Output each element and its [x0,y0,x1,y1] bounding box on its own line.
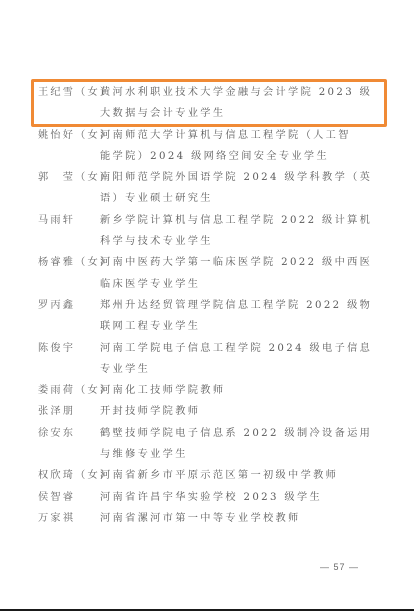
list-item: 马雨轩 新乡学院计算机与信息工程学院 2022 级计算机 科学与技术专业学生 [38,210,378,253]
list-item: 姚怡好（女） 河南师范大学计算机与信息工程学院（人工智 能学院）2024 级网络… [38,125,378,168]
person-description: 郑州升达经贸管理学院信息工程学院 2022 级物 联网工程专业学生 [100,295,378,338]
description-line: 河南化工技师学院教师 [100,380,378,401]
list-item: 侯智睿 河南省许昌宇华实验学校 2023 级学生 [38,487,378,508]
description-line: 鹤壁技师学院电子信息系 2022 级制冷设备运用 [100,423,378,444]
list-item: 万家祺 河南省漯河市第一中等专业学校教师 [38,508,378,529]
person-name: 徐安东 [38,423,100,444]
list-item: 郭 莹（女） 南阳师范学院外国语学院 2024 级学科教学（英 语）专业硕士研究… [38,167,378,210]
person-description: 河南省许昌宇华实验学校 2023 级学生 [100,487,378,508]
description-line: 河南工学院电子信息工程学院 2024 级电子信息 [100,338,378,359]
person-name: 侯智睿 [38,487,100,508]
description-line: 联网工程专业学生 [100,316,378,337]
description-line: 郑州升达经贸管理学院信息工程学院 2022 级物 [100,295,378,316]
list-item: 杨睿雅（女） 河南中医药大学第一临床医学院 2022 级中西医 临床医学专业学生 [38,252,378,295]
person-name: 郭 莹（女） [38,167,100,188]
person-description: 河南省新乡市平原示范区第一初级中学教师 [100,465,378,486]
description-line: 科学与技术专业学生 [100,231,378,252]
description-line: 河南省许昌宇华实验学校 2023 级学生 [100,487,378,508]
person-name: 马雨轩 [38,210,100,231]
person-description: 河南中医药大学第一临床医学院 2022 级中西医 临床医学专业学生 [100,252,378,295]
person-name: 娄雨荷（女） [38,380,100,401]
person-name: 罗丙鑫 [38,295,100,316]
description-line: 黄河水利职业技术大学金融与会计学院 2023 级 [100,82,378,103]
description-line: 语）专业硕士研究生 [100,188,378,209]
page-number: — 57 — [320,562,359,572]
list-item: 王纪雪（女） 黄河水利职业技术大学金融与会计学院 2023 级 大数据与会计专业… [38,82,378,125]
person-description: 开封技师学院教师 [100,401,378,422]
description-line: 新乡学院计算机与信息工程学院 2022 级计算机 [100,210,378,231]
person-description: 河南化工技师学院教师 [100,380,378,401]
list-item: 罗丙鑫 郑州升达经贸管理学院信息工程学院 2022 级物 联网工程专业学生 [38,295,378,338]
person-name: 王纪雪（女） [38,82,100,103]
person-description: 黄河水利职业技术大学金融与会计学院 2023 级 大数据与会计专业学生 [100,82,378,125]
description-line: 大数据与会计专业学生 [100,103,378,124]
person-description: 新乡学院计算机与信息工程学院 2022 级计算机 科学与技术专业学生 [100,210,378,253]
list-item: 权欣琦（女） 河南省新乡市平原示范区第一初级中学教师 [38,465,378,486]
description-line: 河南省新乡市平原示范区第一初级中学教师 [100,465,378,486]
description-line: 临床医学专业学生 [100,274,378,295]
list-item: 陈俊宇 河南工学院电子信息工程学院 2024 级电子信息 专业学生 [38,338,378,381]
person-name: 陈俊宇 [38,338,100,359]
description-line: 河南中医药大学第一临床医学院 2022 级中西医 [100,252,378,273]
person-description: 河南工学院电子信息工程学院 2024 级电子信息 专业学生 [100,338,378,381]
person-description: 河南师范大学计算机与信息工程学院（人工智 能学院）2024 级网络空间安全专业学… [100,125,378,168]
entry-list: 王纪雪（女） 黄河水利职业技术大学金融与会计学院 2023 级 大数据与会计专业… [38,82,378,529]
list-item: 徐安东 鹤壁技师学院电子信息系 2022 级制冷设备运用 与维修专业学生 [38,423,378,466]
list-item: 娄雨荷（女） 河南化工技师学院教师 [38,380,378,401]
description-line: 与维修专业学生 [100,444,378,465]
person-description: 南阳师范学院外国语学院 2024 级学科教学（英 语）专业硕士研究生 [100,167,378,210]
person-description: 鹤壁技师学院电子信息系 2022 级制冷设备运用 与维修专业学生 [100,423,378,466]
description-line: 南阳师范学院外国语学院 2024 级学科教学（英 [100,167,378,188]
person-name: 张泽朋 [38,401,100,422]
description-line: 专业学生 [100,359,378,380]
person-name: 姚怡好（女） [38,125,100,146]
list-item: 张泽朋 开封技师学院教师 [38,401,378,422]
description-line: 河南省漯河市第一中等专业学校教师 [100,508,378,529]
description-line: 河南师范大学计算机与信息工程学院（人工智 [100,125,378,146]
person-name: 万家祺 [38,508,100,529]
person-name: 权欣琦（女） [38,465,100,486]
document-page: 王纪雪（女） 黄河水利职业技术大学金融与会计学院 2023 级 大数据与会计专业… [0,0,414,609]
description-line: 开封技师学院教师 [100,401,378,422]
person-name: 杨睿雅（女） [38,252,100,273]
person-description: 河南省漯河市第一中等专业学校教师 [100,508,378,529]
description-line: 能学院）2024 级网络空间安全专业学生 [100,146,378,167]
